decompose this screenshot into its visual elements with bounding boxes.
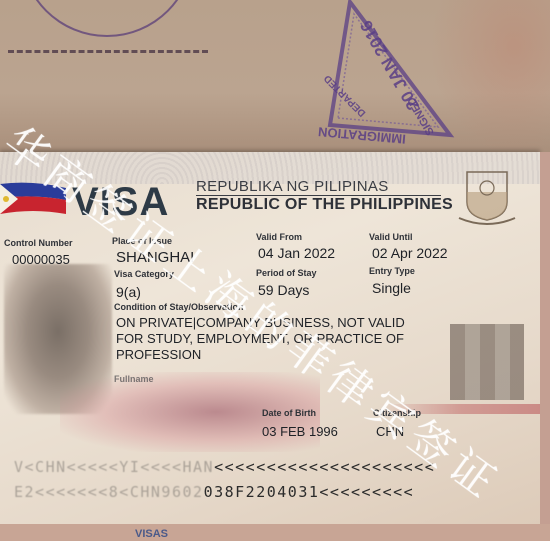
control-number-label: Control Number [4,238,73,248]
valid-from-label: Valid From [256,232,302,242]
valid-until-label: Valid Until [369,232,413,242]
next-passport-page: VISAS [0,524,550,541]
period-of-stay-value: 59 Days [258,282,309,298]
condition-value: ON PRIVATE|COMPANY BUSINESS, NOT VALID F… [116,315,405,363]
citizenship-label: Citizenship [373,408,421,418]
date-of-birth-value: 03 FEB 1996 [262,424,338,439]
coat-of-arms-icon [455,166,519,228]
visa-category-label: Visa Category [114,269,174,279]
mrz-line-1: V<CHN<<<<<YI<<<<HAN<<<<<<<<<<<<<<<<<<<<< [14,458,435,476]
secondary-photo-pixelated [450,324,524,400]
country-name-english: REPUBLIC OF THE PHILIPPINES [196,196,453,214]
mrz-line-2-visible: 038F2204031<<<<<<<<< [204,483,415,501]
previous-passport-page: IMMIGRATION DEPARTED 20 JAN 2016 SIGNED [0,0,550,155]
visas-page-label: VISAS [135,528,168,540]
condition-line-2: FOR STUDY, EMPLOYMENT, OR PRACTICE OF [116,331,405,347]
condition-line-3: PROFESSION [116,347,405,363]
place-of-issue-value: SHANGHAI [116,249,194,266]
condition-label: Condition of Stay/Observation [114,302,244,312]
mrz-line-2-redacted: E2<<<<<<<8<CHN9602 [14,483,204,501]
circular-entry-stamp [20,0,194,37]
period-of-stay-label: Period of Stay [256,268,317,278]
stamp-dashed-line [8,50,208,53]
fullname-label: Fullname [114,374,154,384]
date-of-birth-label: Date of Birth [262,408,316,418]
philippine-flag-icon [0,180,66,216]
passport-page-edge [540,152,550,524]
mrz-line-2: E2<<<<<<<8<CHN9602038F2204031<<<<<<<<< [14,483,414,501]
philippine-visa-sticker: VISA REPUBLIKA NG PILIPINAS REPUBLIC OF … [0,152,540,524]
entry-type-value: Single [372,280,411,296]
valid-from-value: 04 Jan 2022 [258,245,335,261]
visa-category-value: 9(a) [116,284,141,300]
place-of-issue-label: Place of Issue [112,236,172,246]
visa-logo: VISA [72,180,169,225]
condition-line-1: ON PRIVATE|COMPANY BUSINESS, NOT VALID [116,315,405,331]
country-name-tagalog: REPUBLIKA NG PILIPINAS [196,178,389,195]
valid-until-value: 02 Apr 2022 [372,245,448,261]
control-number-value: 00000035 [12,252,70,267]
mrz-line-1-visible: <<<<<<<<<<<<<<<<<<<<< [214,458,435,476]
entry-type-label: Entry Type [369,266,415,276]
citizenship-value: CHN [376,424,404,439]
mrz-line-1-redacted: V<CHN<<<<<YI<<<<HAN [14,458,214,476]
